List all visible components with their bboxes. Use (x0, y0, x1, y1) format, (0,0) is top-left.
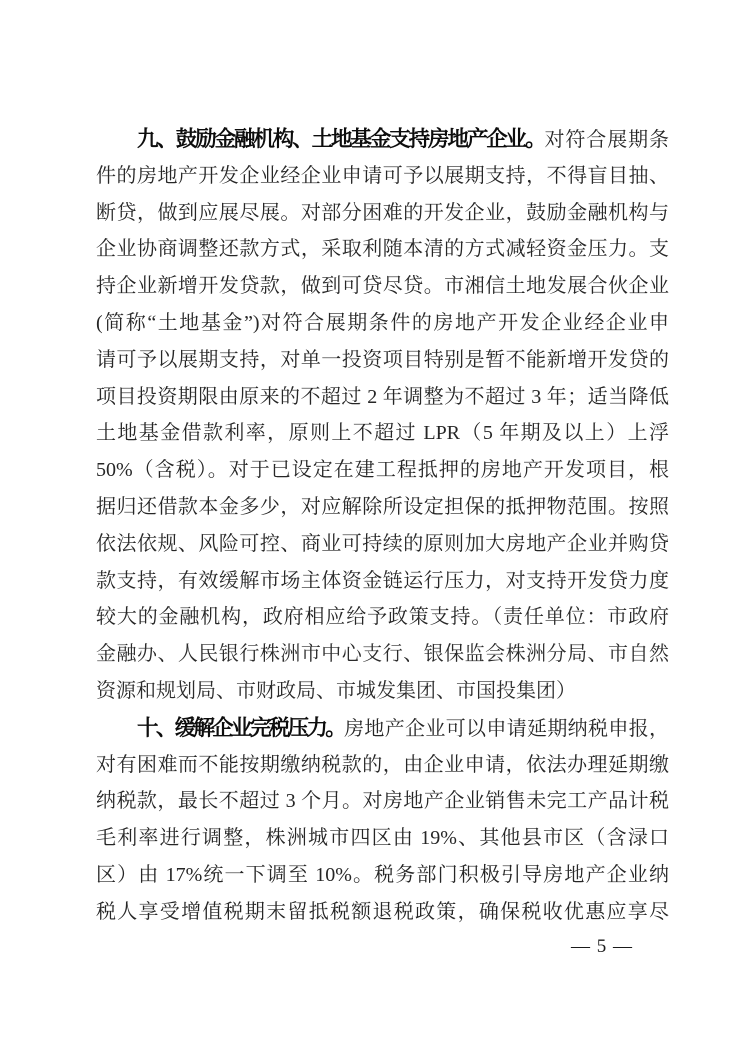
body-text: 请可予以展期支持，对单一投资项目特别是暂不能新增开发贷的 (96, 349, 669, 371)
text-line: 区）由 17%统一下调至 10%。税务部门积极引导房地产企业纳 (96, 857, 669, 894)
text-line: 毛利率进行调整，株洲城市四区由 19%、其他县市区（含渌口 (96, 820, 669, 857)
body-text: 区）由 17%统一下调至 10%。税务部门积极引导房地产企业纳 (96, 864, 669, 886)
text-line: 断贷，做到应展尽展。对部分困难的开发企业，鼓励金融机构与 (96, 195, 669, 232)
text-line: 十、缓解企业完税压力。房地产企业可以申请延期纳税申报， (96, 710, 669, 747)
text-line: 土地基金借款利率，原则上不超过 LPR（5 年期及以上）上浮 (96, 415, 669, 452)
text-line: 持企业新增开发贷款，做到可贷尽贷。市湘信土地发展合伙企业 (96, 268, 669, 305)
body-text: 对有困难而不能按期缴纳税款的，由企业申请，依法办理延期缴 (96, 754, 669, 776)
text-line: 项目投资期限由原来的不超过 2 年调整为不超过 3 年；适当降低 (96, 379, 669, 416)
body-text: 依法依规、风险可控、商业可持续的原则加大房地产企业并购贷 (96, 533, 669, 555)
body-text: 对符合展期条 (544, 129, 669, 151)
body-text: 较大的金融机构，政府相应给予政策支持。 (96, 606, 492, 628)
text-line: 金融办、人民银行株洲市中心支行、银保监会株洲分局、市自然 (96, 636, 669, 673)
text-line: 较大的金融机构，政府相应给予政策支持。（责任单位：市政府 (96, 599, 669, 636)
text-line: 税人享受增值税期末留抵税额退税政策，确保税收优惠应享尽 (96, 894, 669, 931)
body-text: 企业协商调整还款方式，采取利随本清的方式减轻资金压力。支 (96, 238, 669, 260)
body-text: 土地基金借款利率，原则上不超过 LPR（5 年期及以上）上浮 (96, 422, 669, 444)
text-line: 对有困难而不能按期缴纳税款的，由企业申请，依法办理延期缴 (96, 747, 669, 784)
responsible-unit-text: （责任单位：市政府 (492, 606, 669, 628)
body-text: (简称“土地基金”)对符合展期条件的房地产开发企业经企业申 (96, 312, 669, 334)
body-text: 纳税款，最长不超过 3 个月。对房地产企业销售未完工产品计税 (96, 790, 669, 812)
text-line: 50%（含税）。对于已设定在建工程抵押的房地产开发项目，根 (96, 452, 669, 489)
body-text: 款支持，有效缓解市场主体资金链运行压力，对支持开发贷力度 (96, 570, 669, 592)
text-line: 资源和规划局、市财政局、市城发集团、市国投集团） (96, 673, 669, 710)
text-line: 款支持，有效缓解市场主体资金链运行压力，对支持开发贷力度 (96, 563, 669, 600)
body-text: 件的房地产开发企业经企业申请可予以展期支持，不得盲目抽、 (96, 165, 669, 187)
body-text: 房地产企业可以申请延期纳税申报， (344, 718, 669, 740)
text-line: 件的房地产开发企业经企业申请可予以展期支持，不得盲目抽、 (96, 158, 669, 195)
body-text: 50%（含税）。对于已设定在建工程抵押的房地产开发项目，根 (96, 459, 669, 481)
text-line: 企业协商调整还款方式，采取利随本清的方式减轻资金压力。支 (96, 231, 669, 268)
body-text: 持企业新增开发贷款，做到可贷尽贷。市湘信土地发展合伙企业 (96, 275, 669, 297)
body-text: 断贷，做到应展尽展。对部分困难的开发企业，鼓励金融机构与 (96, 202, 669, 224)
page-number: — 5 — (571, 936, 633, 958)
document-body: 九、鼓励金融机构、土地基金支持房地产企业。对符合展期条件的房地产开发企业经企业申… (96, 121, 669, 931)
body-text: 毛利率进行调整，株洲城市四区由 19%、其他县市区（含渌口 (96, 827, 669, 849)
text-line: 据归还借款本金多少，对应解除所设定担保的抵押物范围。按照 (96, 489, 669, 526)
text-line: 请可予以展期支持，对单一投资项目特别是暂不能新增开发贷的 (96, 342, 669, 379)
document-page: 九、鼓励金融机构、土地基金支持房地产企业。对符合展期条件的房地产开发企业经企业申… (0, 0, 740, 1047)
section-heading: 十、缓解企业完税压力。 (137, 716, 344, 740)
responsible-unit-text: 金融办、人民银行株洲市中心支行、银保监会株洲分局、市自然 (96, 643, 669, 665)
responsible-unit-text: 资源和规划局、市财政局、市城发集团、市国投集团） (96, 680, 576, 702)
text-line: (简称“土地基金”)对符合展期条件的房地产开发企业经企业申 (96, 305, 669, 342)
section-heading: 九、鼓励金融机构、土地基金支持房地产企业。 (137, 127, 544, 151)
text-line: 纳税款，最长不超过 3 个月。对房地产企业销售未完工产品计税 (96, 783, 669, 820)
body-text: 税人享受增值税期末留抵税额退税政策，确保税收优惠应享尽 (96, 901, 669, 923)
body-text: 项目投资期限由原来的不超过 2 年调整为不超过 3 年；适当降低 (96, 386, 669, 408)
text-line: 九、鼓励金融机构、土地基金支持房地产企业。对符合展期条 (96, 121, 669, 158)
body-text: 据归还借款本金多少，对应解除所设定担保的抵押物范围。按照 (96, 496, 669, 518)
text-line: 依法依规、风险可控、商业可持续的原则加大房地产企业并购贷 (96, 526, 669, 563)
